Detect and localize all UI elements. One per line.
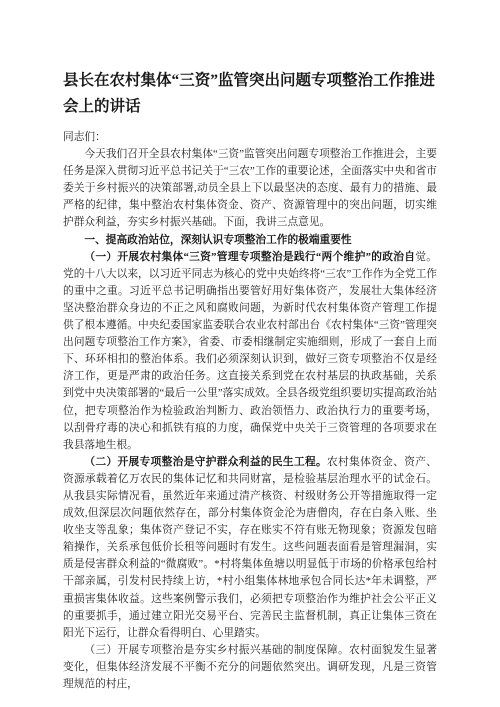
text-segment: （三）开展专项整治是夯实乡村振兴基础的制度保障。农村面貌发生显著变化，但集体经济…: [63, 644, 437, 690]
text-segment: 同志们：: [63, 131, 106, 143]
section-heading-1: 一、提高政治站位，深刻认识专项整治工作的极端重要性: [63, 232, 437, 249]
paragraph-1-2: （二）开展专项整治是守护群众利益的民生工程。农村集体资金、资产、资源承载着亿万农…: [63, 454, 437, 642]
paragraph-1-3: （三）开展专项整治是夯实乡村振兴基础的制度保障。农村面貌发生显著变化，但集体经济…: [63, 642, 437, 693]
document-body: 同志们：今天我们召开全县农村集体“三资”监管突出问题专项整治工作推进会，主要任务…: [63, 129, 437, 693]
document-page: 县长在农村集体“三资”监管突出问题专项整治工作推进会上的讲话 同志们：今天我们召…: [0, 0, 500, 707]
text-segment: 觉。党的十八大以来，以习近平同志为核心的党中央始终将“三农”工作作为全党工作的重…: [63, 251, 437, 451]
paragraph-1-1: （一）开展农村集体“三资”管理专项整治是践行“两个维护”的政治自觉。党的十八大以…: [63, 249, 437, 454]
text-segment-bold: （一）开展农村集体“三资”管理专项整治是践行“两个维护”的政治自: [84, 251, 415, 263]
salutation: 同志们：: [63, 129, 437, 146]
text-segment: 农村集体资金、资产、资源承载着亿万农民的集体记忆和共同财富，是检验基层治理水平的…: [63, 456, 437, 639]
document-title: 县长在农村集体“三资”监管突出问题专项整治工作推进会上的讲话: [63, 68, 437, 120]
text-segment-bold: （二）开展专项整治是守护群众利益的民生工程。: [84, 456, 327, 468]
intro-paragraph: 今天我们召开全县农村集体“三资”监管突出问题专项整治工作推进会，主要任务是深入贯…: [63, 146, 437, 231]
text-segment: 今天我们召开全县农村集体“三资”监管突出问题专项整治工作推进会，主要任务是深入贯…: [63, 148, 437, 228]
text-segment-bold: 一、提高政治站位，深刻认识专项整治工作的极端重要性: [84, 234, 351, 246]
